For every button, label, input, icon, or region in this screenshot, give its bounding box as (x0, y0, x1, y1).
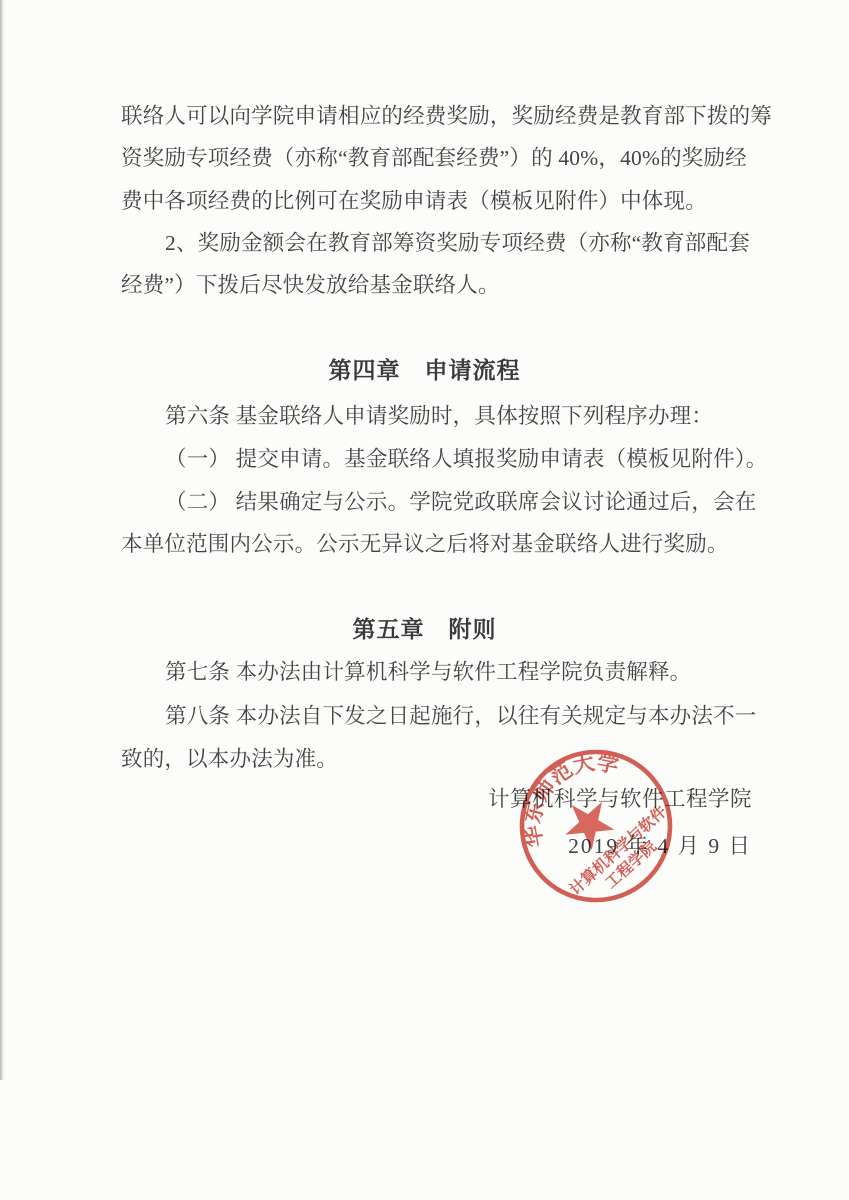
chapter-heading-5: 第五章 附则 (0, 614, 849, 646)
seal-ring (511, 741, 681, 911)
scan-edge-artifact (0, 0, 5, 1080)
date-line: 2019 年 4 月 9 日 (568, 831, 752, 861)
document-page: 联络人可以向学院申请相应的经费奖励，奖励经费是教育部下拨的筹 资奖励专项经费（亦… (0, 0, 849, 1200)
body-line: 第七条 本办法由计算机科学与软件工程学院负责解释。 (165, 657, 691, 687)
body-line: 致的，以本办法为准。 (121, 744, 338, 774)
body-line: （二） 结果确定与公示。学院党政联席会议讨论通过后，会在 (165, 487, 756, 517)
body-line: 第八条 本办法自下发之日起施行，以往有关规定与本办法不一 (165, 701, 756, 731)
chapter-heading-4: 第四章 申请流程 (0, 355, 849, 387)
body-line: 2、奖励金额会在教育部筹资奖励专项经费（亦称“教育部配套 (165, 228, 750, 258)
official-seal: 华东师范大学 计算机科学与软件 工程学院 (511, 741, 681, 911)
body-line: 第六条 基金联络人申请奖励时，具体按照下列程序办理： (165, 401, 713, 431)
body-line: 联络人可以向学院申请相应的经费奖励，奖励经费是教育部下拨的筹 (121, 101, 772, 131)
body-line: 本单位范围内公示。公示无异议之后将对基金联络人进行奖励。 (121, 529, 729, 559)
signature-line: 计算机科学与软件工程学院 (488, 784, 752, 814)
body-line: 资奖励专项经费（亦称“教育部配套经费”）的 40%，40%的奖励经 (121, 143, 747, 173)
body-line: 经费”）下拨后尽快发放给基金联络人。 (121, 270, 500, 300)
body-line: 费中各项经费的比例可在奖励申请表（模板见附件）中体现。 (121, 186, 707, 216)
body-line: （一） 提交申请。基金联络人填报奖励申请表（模板见附件）。 (165, 444, 767, 474)
